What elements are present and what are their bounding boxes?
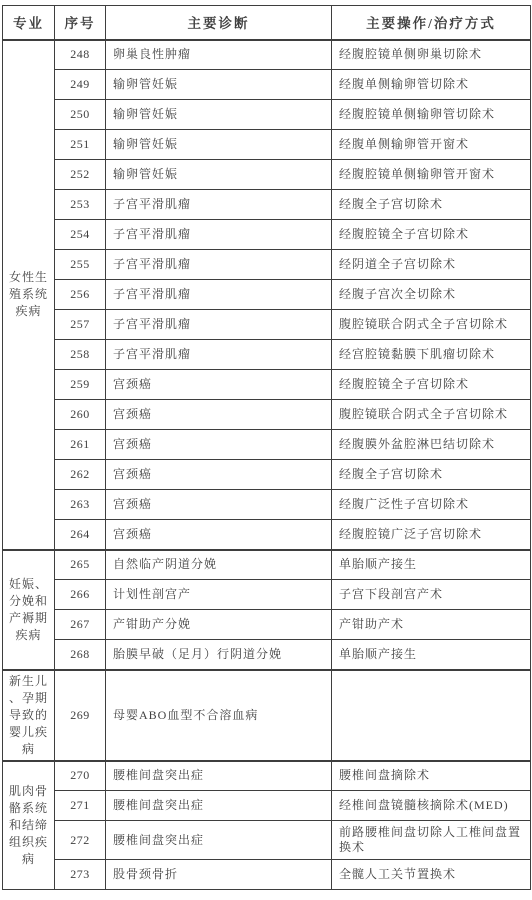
table-row: 252输卵管妊娠经腹腔镜单侧输卵管开窗术: [3, 160, 531, 190]
diagnosis-cell: 腰椎间盘突出症: [106, 791, 332, 821]
operation-cell: 腹腔镜联合阴式全子宫切除术: [332, 310, 531, 340]
serial-cell: 266: [55, 580, 106, 610]
serial-cell: 251: [55, 130, 106, 160]
serial-cell: 267: [55, 610, 106, 640]
diagnosis-cell: 子宫平滑肌瘤: [106, 280, 332, 310]
diagnosis-cell: 输卵管妊娠: [106, 70, 332, 100]
table-row: 264宫颈癌经腹腔镜广泛子宫切除术: [3, 520, 531, 550]
operation-cell: 经腹广泛性子宫切除术: [332, 490, 531, 520]
table-row: 261宫颈癌经腹膜外盆腔淋巴结切除术: [3, 430, 531, 460]
serial-cell: 252: [55, 160, 106, 190]
operation-cell: 单胎顺产接生: [332, 640, 531, 670]
serial-cell: 249: [55, 70, 106, 100]
procedure-table: 专业 序号 主要诊断 主要操作/治疗方式 女性生殖系统疾病248卵巢良性肿瘤经腹…: [2, 5, 531, 890]
table-row: 新生儿、孕期导致的婴儿疾病269母婴ABO血型不合溶血病: [3, 670, 531, 761]
serial-cell: 258: [55, 340, 106, 370]
operation-cell: 腹腔镜联合阴式全子宫切除术: [332, 400, 531, 430]
operation-cell: 经腹全子宫切除术: [332, 460, 531, 490]
serial-cell: 265: [55, 550, 106, 580]
operation-cell: 经腹腔镜全子宫切除术: [332, 220, 531, 250]
serial-cell: 256: [55, 280, 106, 310]
diagnosis-cell: 输卵管妊娠: [106, 100, 332, 130]
table-row: 258子宫平滑肌瘤经宫腔镜黏膜下肌瘤切除术: [3, 340, 531, 370]
diagnosis-cell: 自然临产阴道分娩: [106, 550, 332, 580]
operation-cell: 经腹子宫次全切除术: [332, 280, 531, 310]
serial-cell: 250: [55, 100, 106, 130]
table-row: 256子宫平滑肌瘤经腹子宫次全切除术: [3, 280, 531, 310]
table-row: 251输卵管妊娠经腹单侧输卵管开窗术: [3, 130, 531, 160]
specialty-cell: 新生儿、孕期导致的婴儿疾病: [3, 670, 55, 761]
operation-cell: 经腹单侧输卵管开窗术: [332, 130, 531, 160]
table-row: 253子宫平滑肌瘤经腹全子宫切除术: [3, 190, 531, 220]
serial-cell: 254: [55, 220, 106, 250]
serial-cell: 257: [55, 310, 106, 340]
operation-cell: 经阴道全子宫切除术: [332, 250, 531, 280]
specialty-cell: 女性生殖系统疾病: [3, 40, 55, 550]
serial-cell: 273: [55, 860, 106, 890]
serial-cell: 269: [55, 670, 106, 761]
operation-cell: 经腹腔镜单侧卵巢切除术: [332, 40, 531, 70]
table-row: 259宫颈癌经腹腔镜全子宫切除术: [3, 370, 531, 400]
table-header: 专业 序号 主要诊断 主要操作/治疗方式: [3, 6, 531, 40]
diagnosis-cell: 卵巢良性肿瘤: [106, 40, 332, 70]
diagnosis-cell: 子宫平滑肌瘤: [106, 220, 332, 250]
table-row: 266计划性剖宫产子宫下段剖宫产术: [3, 580, 531, 610]
serial-cell: 259: [55, 370, 106, 400]
table-row: 249输卵管妊娠经腹单侧输卵管切除术: [3, 70, 531, 100]
operation-cell: 经腹全子宫切除术: [332, 190, 531, 220]
table-row: 272腰椎间盘突出症前路腰椎间盘切除人工椎间盘置换术: [3, 821, 531, 860]
diagnosis-cell: 母婴ABO血型不合溶血病: [106, 670, 332, 761]
diagnosis-cell: 计划性剖宫产: [106, 580, 332, 610]
table-row: 257子宫平滑肌瘤腹腔镜联合阴式全子宫切除术: [3, 310, 531, 340]
serial-cell: 263: [55, 490, 106, 520]
operation-cell: 单胎顺产接生: [332, 550, 531, 580]
diagnosis-cell: 腰椎间盘突出症: [106, 821, 332, 860]
diagnosis-cell: 输卵管妊娠: [106, 130, 332, 160]
specialty-cell: 妊娠、分娩和产褥期疾病: [3, 550, 55, 670]
operation-cell: 前路腰椎间盘切除人工椎间盘置换术: [332, 821, 531, 860]
operation-cell: 经腹腔镜全子宫切除术: [332, 370, 531, 400]
diagnosis-cell: 胎膜早破（足月）行阴道分娩: [106, 640, 332, 670]
serial-cell: 270: [55, 761, 106, 791]
serial-cell: 271: [55, 791, 106, 821]
operation-cell: 全髋人工关节置换术: [332, 860, 531, 890]
table-row: 271腰椎间盘突出症经椎间盘镜髓核摘除术(MED): [3, 791, 531, 821]
operation-cell: 经腹腔镜单侧输卵管开窗术: [332, 160, 531, 190]
serial-cell: 272: [55, 821, 106, 860]
diagnosis-cell: 子宫平滑肌瘤: [106, 310, 332, 340]
table-row: 250输卵管妊娠经腹腔镜单侧输卵管切除术: [3, 100, 531, 130]
operation-cell: 经腹单侧输卵管切除术: [332, 70, 531, 100]
diagnosis-cell: 腰椎间盘突出症: [106, 761, 332, 791]
diagnosis-cell: 宫颈癌: [106, 490, 332, 520]
col-header-diagnosis: 主要诊断: [106, 6, 332, 40]
header-row: 专业 序号 主要诊断 主要操作/治疗方式: [3, 6, 531, 40]
table-row: 268胎膜早破（足月）行阴道分娩单胎顺产接生: [3, 640, 531, 670]
table-row: 273股骨颈骨折全髋人工关节置换术: [3, 860, 531, 890]
col-header-serial: 序号: [55, 6, 106, 40]
serial-cell: 262: [55, 460, 106, 490]
serial-cell: 260: [55, 400, 106, 430]
diagnosis-cell: 股骨颈骨折: [106, 860, 332, 890]
operation-cell: 经椎间盘镜髓核摘除术(MED): [332, 791, 531, 821]
diagnosis-cell: 产钳助产分娩: [106, 610, 332, 640]
table-row: 267产钳助产分娩产钳助产术: [3, 610, 531, 640]
specialty-cell: 肌肉骨骼系统和结缔组织疾病: [3, 761, 55, 890]
document-page: 专业 序号 主要诊断 主要操作/治疗方式 女性生殖系统疾病248卵巢良性肿瘤经腹…: [0, 5, 532, 890]
table-row: 255子宫平滑肌瘤经阴道全子宫切除术: [3, 250, 531, 280]
diagnosis-cell: 子宫平滑肌瘤: [106, 250, 332, 280]
serial-cell: 268: [55, 640, 106, 670]
operation-cell: 经腹腔镜广泛子宫切除术: [332, 520, 531, 550]
diagnosis-cell: 宫颈癌: [106, 430, 332, 460]
diagnosis-cell: 宫颈癌: [106, 520, 332, 550]
serial-cell: 255: [55, 250, 106, 280]
table-row: 女性生殖系统疾病248卵巢良性肿瘤经腹腔镜单侧卵巢切除术: [3, 40, 531, 70]
operation-cell: 产钳助产术: [332, 610, 531, 640]
table-row: 妊娠、分娩和产褥期疾病265自然临产阴道分娩单胎顺产接生: [3, 550, 531, 580]
col-header-specialty: 专业: [3, 6, 55, 40]
table-body: 女性生殖系统疾病248卵巢良性肿瘤经腹腔镜单侧卵巢切除术249输卵管妊娠经腹单侧…: [3, 40, 531, 890]
diagnosis-cell: 宫颈癌: [106, 400, 332, 430]
operation-cell: 经腹膜外盆腔淋巴结切除术: [332, 430, 531, 460]
diagnosis-cell: 宫颈癌: [106, 370, 332, 400]
operation-cell: 子宫下段剖宫产术: [332, 580, 531, 610]
serial-cell: 253: [55, 190, 106, 220]
diagnosis-cell: 输卵管妊娠: [106, 160, 332, 190]
table-row: 254子宫平滑肌瘤经腹腔镜全子宫切除术: [3, 220, 531, 250]
col-header-operation: 主要操作/治疗方式: [332, 6, 531, 40]
serial-cell: 261: [55, 430, 106, 460]
table-row: 263宫颈癌经腹广泛性子宫切除术: [3, 490, 531, 520]
table-row: 肌肉骨骼系统和结缔组织疾病270腰椎间盘突出症腰椎间盘摘除术: [3, 761, 531, 791]
serial-cell: 248: [55, 40, 106, 70]
table-row: 262宫颈癌经腹全子宫切除术: [3, 460, 531, 490]
table-row: 260宫颈癌腹腔镜联合阴式全子宫切除术: [3, 400, 531, 430]
diagnosis-cell: 宫颈癌: [106, 460, 332, 490]
operation-cell: [332, 670, 531, 761]
operation-cell: 经腹腔镜单侧输卵管切除术: [332, 100, 531, 130]
operation-cell: 经宫腔镜黏膜下肌瘤切除术: [332, 340, 531, 370]
operation-cell: 腰椎间盘摘除术: [332, 761, 531, 791]
serial-cell: 264: [55, 520, 106, 550]
diagnosis-cell: 子宫平滑肌瘤: [106, 340, 332, 370]
diagnosis-cell: 子宫平滑肌瘤: [106, 190, 332, 220]
